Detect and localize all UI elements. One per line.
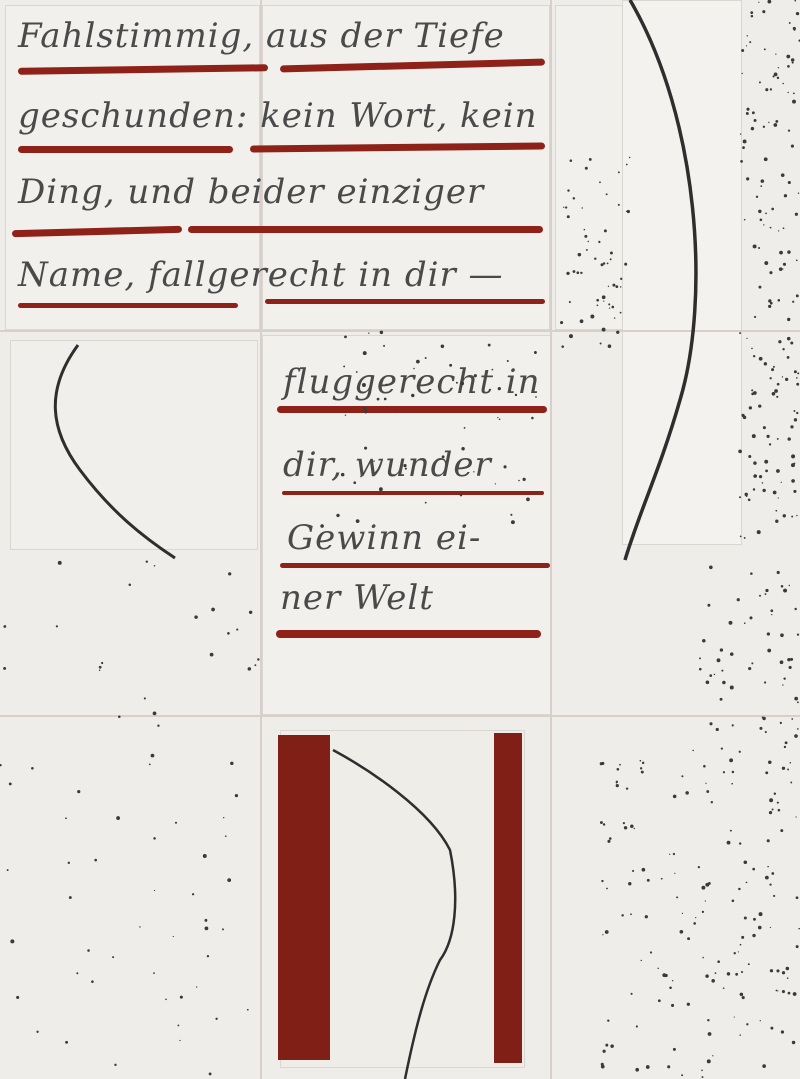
- artwork-canvas: Fahlstimmig, aus der Tiefe geschunden: k…: [0, 0, 800, 1079]
- charcoal-drawing: [0, 0, 800, 1079]
